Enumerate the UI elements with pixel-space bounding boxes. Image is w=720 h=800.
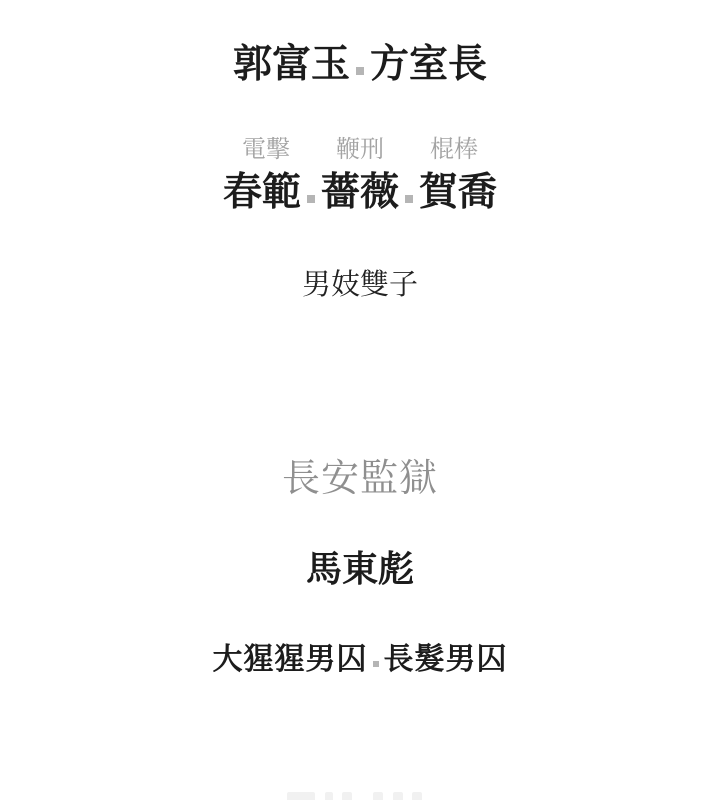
cutoff-text-fragment bbox=[393, 792, 403, 800]
character-name: 薔薇 bbox=[321, 170, 399, 215]
dot-separator-icon bbox=[373, 661, 379, 667]
cutoff-text-fragment bbox=[373, 792, 383, 800]
character-name: 賀喬 bbox=[419, 170, 497, 215]
role-label: 棍棒 bbox=[430, 137, 478, 161]
cutoff-text-line bbox=[0, 792, 720, 800]
role-label-row: 電擊鞭刑棍棒 bbox=[0, 137, 720, 161]
dot-separator-icon bbox=[405, 195, 413, 203]
character-name: 郭富玉 bbox=[233, 42, 350, 87]
role-label: 電擊 bbox=[242, 137, 290, 161]
character-name: 春範 bbox=[223, 170, 301, 215]
duo-caption-row: 男妓雙子 bbox=[0, 270, 720, 299]
role-label: 鞭刑 bbox=[336, 137, 384, 161]
dot-separator-icon bbox=[307, 195, 315, 203]
lead-name-row: 馬東彪 bbox=[0, 552, 720, 588]
cutoff-text-fragment bbox=[412, 792, 422, 800]
character-name: 方室長 bbox=[370, 42, 487, 87]
prison-section-heading-row: 長安監獄 bbox=[0, 459, 720, 497]
trio-name-row: 春範薔薇賀喬 bbox=[0, 173, 720, 212]
cutoff-text-fragment bbox=[342, 792, 352, 800]
cutoff-text-fragment bbox=[287, 792, 315, 800]
character-name: 大猩猩男囚 bbox=[213, 642, 368, 677]
character-name: 馬東彪 bbox=[306, 549, 414, 590]
dot-separator-icon bbox=[356, 67, 364, 75]
prisoner-pair-row: 大猩猩男囚長髮男囚 bbox=[0, 645, 720, 675]
top-pair-name-row: 郭富玉方室長 bbox=[0, 45, 720, 84]
character-group-caption: 男妓雙子 bbox=[302, 267, 418, 301]
character-chart-page: 郭富玉方室長 電擊鞭刑棍棒 春範薔薇賀喬 男妓雙子 長安監獄 馬東彪 大猩猩男囚… bbox=[0, 0, 720, 800]
section-heading: 長安監獄 bbox=[282, 456, 438, 500]
character-name: 長髮男囚 bbox=[384, 642, 508, 677]
cutoff-text-fragment bbox=[325, 792, 333, 800]
